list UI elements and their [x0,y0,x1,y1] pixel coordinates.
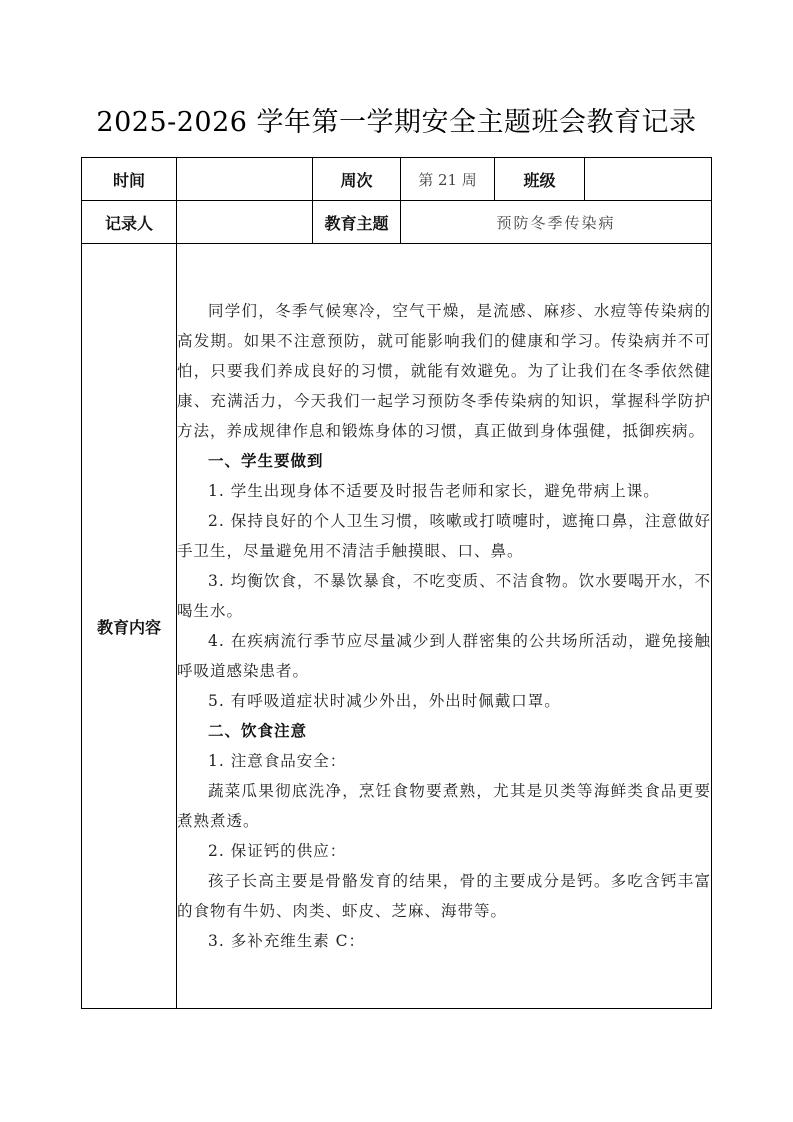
time-label: 时间 [82,158,177,201]
section2-item-3: 3. 多补充维生素 C： [177,926,711,956]
table-row-time: 时间 周次 第 21 周 班级 [82,158,712,201]
section1-item-2: 2. 保持良好的个人卫生习惯，咳嗽或打喷嚏时，遮掩口鼻，注意做好手卫生，尽量避免… [177,506,711,566]
page-title: 2025-2026 学年第一学期安全主题班会教育记录 [0,100,793,139]
content-body[interactable]: 同学们，冬季气候寒冷，空气干燥，是流感、麻疹、水痘等传染病的高发期。如果不注意预… [177,244,712,1009]
section2-item-1-detail: 蔬菜瓜果彻底洗净，烹饪食物要煮熟，尤其是贝类等海鲜类食品更要煮熟煮透。 [177,776,711,836]
week-label: 周次 [313,158,401,201]
topic-value[interactable]: 预防冬季传染病 [401,201,712,244]
table-row-content: 教育内容 同学们，冬季气候寒冷，空气干燥，是流感、麻疹、水痘等传染病的高发期。如… [82,244,712,1009]
class-value[interactable] [585,158,712,201]
topic-label: 教育主题 [313,201,401,244]
section2-item-2: 2. 保证钙的供应： [177,836,711,866]
week-value[interactable]: 第 21 周 [401,158,495,201]
class-label: 班级 [495,158,585,201]
record-table: 时间 周次 第 21 周 班级 记录人 教育主题 预防冬季传染病 教育内容 同学… [81,157,712,1009]
section1-heading: 一、学生要做到 [177,446,711,476]
section2-item-1: 1. 注意食品安全： [177,746,711,776]
time-value[interactable] [177,158,313,201]
section2-item-2-detail: 孩子长高主要是骨骼发育的结果，骨的主要成分是钙。多吃含钙丰富的食物有牛奶、肉类、… [177,866,711,926]
section1-item-1: 1. 学生出现身体不适要及时报告老师和家长，避免带病上课。 [177,476,711,506]
recorder-label: 记录人 [82,201,177,244]
recorder-value[interactable] [177,201,313,244]
table-row-recorder: 记录人 教育主题 预防冬季传染病 [82,201,712,244]
content-label: 教育内容 [82,244,177,1009]
section1-item-5: 5. 有呼吸道症状时减少外出，外出时佩戴口罩。 [177,686,711,716]
section1-item-3: 3. 均衡饮食，不暴饮暴食，不吃变质、不洁食物。饮水要喝开水，不喝生水。 [177,566,711,626]
section1-item-4: 4. 在疾病流行季节应尽量减少到人群密集的公共场所活动，避免接触呼吸道感染患者。 [177,626,711,686]
section2-heading: 二、饮食注意 [177,716,711,746]
intro-paragraph: 同学们，冬季气候寒冷，空气干燥，是流感、麻疹、水痘等传染病的高发期。如果不注意预… [177,296,711,446]
